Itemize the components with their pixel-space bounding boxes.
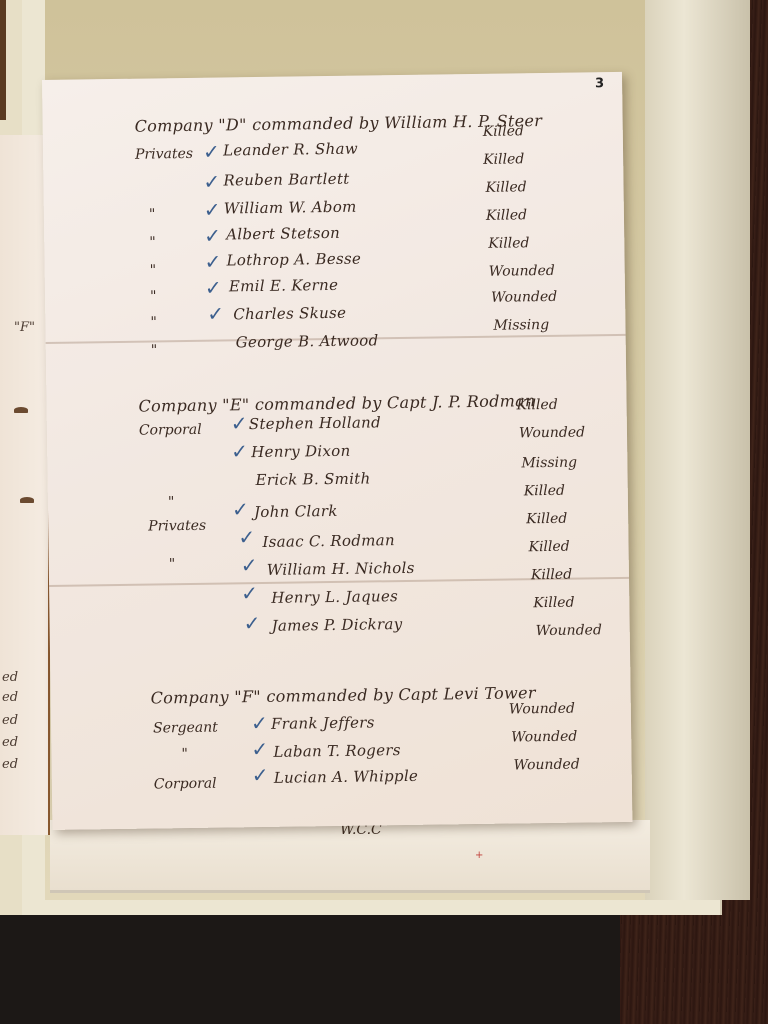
paper-tear — [20, 497, 34, 503]
soldier-name: Emil E. Kerne — [229, 276, 339, 296]
checkmark-icon: ✓ — [205, 276, 222, 300]
rank-ditto: " — [150, 288, 157, 304]
company-f-header: Company "F" commanded by Capt Levi Tower — [151, 683, 536, 707]
checkmark-icon: ✓ — [251, 737, 268, 761]
page-number: 3 — [595, 76, 604, 91]
rank-ditto: " — [149, 234, 156, 250]
company-e-header: Company "E" commanded by Capt J. P. Rodm… — [138, 391, 535, 416]
rank-ditto: " — [181, 746, 188, 762]
rank-label: Privates — [135, 146, 193, 163]
archival-sleeve: W.C.C + — [50, 820, 650, 893]
rank-label: Sergeant — [153, 720, 218, 737]
left-page-fragment: ed — [2, 670, 18, 685]
soldier-name: Lothrop A. Besse — [226, 250, 361, 270]
soldier-name: Isaac C. Rodman — [262, 531, 395, 551]
checkmark-icon: ✓ — [251, 711, 268, 735]
casualty-status: Wounded — [536, 622, 602, 639]
soldier-name: William H. Nichols — [267, 559, 415, 579]
checkmark-icon: ✓ — [203, 170, 220, 194]
casualty-status: Killed — [524, 483, 565, 500]
rank-label: Corporal — [154, 776, 217, 793]
casualty-list-page: 3 Company "D" commanded by William H. P.… — [42, 72, 632, 830]
left-page-fragment: ed — [2, 713, 18, 728]
checkmark-icon: ✓ — [204, 250, 221, 274]
casualty-status: Wounded — [514, 757, 580, 774]
checkmark-icon: ✓ — [231, 411, 248, 435]
paper-tear — [14, 407, 28, 413]
rank-ditto: " — [150, 314, 157, 330]
left-page-fragment: ed — [2, 690, 18, 705]
soldier-name: Henry Dixon — [251, 442, 351, 461]
soldier-name: Lucian A. Whipple — [274, 767, 419, 787]
checkmark-icon: ✓ — [241, 553, 258, 577]
soldier-name: Erick B. Smith — [255, 469, 370, 489]
soldier-name: James P. Dickray — [272, 615, 403, 635]
rank-ditto: " — [150, 262, 157, 278]
soldier-name: Stephen Holland — [249, 413, 381, 433]
dark-mat — [0, 912, 620, 1024]
casualty-status: Killed — [483, 151, 524, 168]
casualty-status: Wounded — [511, 729, 577, 746]
rank-ditto: " — [151, 342, 158, 358]
checkmark-icon: ✓ — [204, 224, 221, 248]
rank-label: Corporal — [139, 422, 202, 439]
casualty-status: Killed — [531, 567, 572, 584]
soldier-name: Frank Jeffers — [271, 713, 375, 732]
casualty-status: Killed — [483, 123, 524, 140]
casualty-status: Killed — [485, 179, 526, 196]
rank-ditto: " — [168, 494, 175, 510]
folder-edge-shadow — [0, 0, 6, 120]
soldier-name: Reuben Bartlett — [223, 170, 349, 190]
adjacent-page-left: "F" ed ed ed ed ed — [0, 135, 50, 835]
checkmark-icon: ✓ — [232, 497, 249, 521]
soldier-name: George B. Atwood — [236, 331, 379, 351]
soldier-name: Albert Stetson — [226, 224, 340, 244]
company-d-header: Company "D" commanded by William H. P. S… — [135, 111, 543, 136]
casualty-status: Killed — [486, 207, 527, 224]
left-page-fragment: "F" — [14, 320, 35, 335]
casualty-status: Killed — [528, 539, 569, 556]
casualty-status: Missing — [521, 455, 577, 472]
casualty-status: Killed — [533, 595, 574, 612]
casualty-status: Killed — [488, 235, 529, 252]
checkmark-icon: ✓ — [252, 763, 269, 787]
left-page-fragment: ed — [2, 735, 18, 750]
casualty-status: Wounded — [509, 701, 575, 718]
casualty-status: Wounded — [489, 263, 555, 280]
checkmark-icon: ✓ — [204, 198, 221, 222]
checkmark-icon: ✓ — [243, 611, 260, 635]
soldier-name: Henry L. Jaques — [271, 587, 398, 607]
pencil-mark: + — [475, 850, 483, 861]
soldier-name: John Clark — [254, 502, 338, 521]
casualty-status: Wounded — [491, 289, 557, 306]
casualty-status: Killed — [516, 397, 557, 414]
casualty-status: Wounded — [519, 424, 585, 441]
rank-label: Privates — [148, 518, 206, 535]
checkmark-icon: ✓ — [231, 439, 248, 463]
checkmark-icon: ✓ — [238, 525, 255, 549]
soldier-name: William W. Abom — [224, 198, 357, 218]
soldier-name: Charles Skuse — [233, 304, 346, 324]
checkmark-icon: ✓ — [241, 581, 258, 605]
folder-stack-edge — [640, 0, 750, 900]
checkmark-icon: ✓ — [203, 140, 220, 164]
casualty-status: Missing — [493, 317, 549, 334]
soldier-name: Leander R. Shaw — [223, 140, 358, 160]
rank-ditto: " — [169, 556, 176, 572]
casualty-status: Killed — [526, 511, 567, 528]
rank-ditto: " — [149, 206, 156, 222]
checkmark-icon: ✓ — [207, 301, 224, 325]
left-page-fragment: ed — [2, 757, 18, 772]
soldier-name: Laban T. Rogers — [273, 741, 401, 761]
